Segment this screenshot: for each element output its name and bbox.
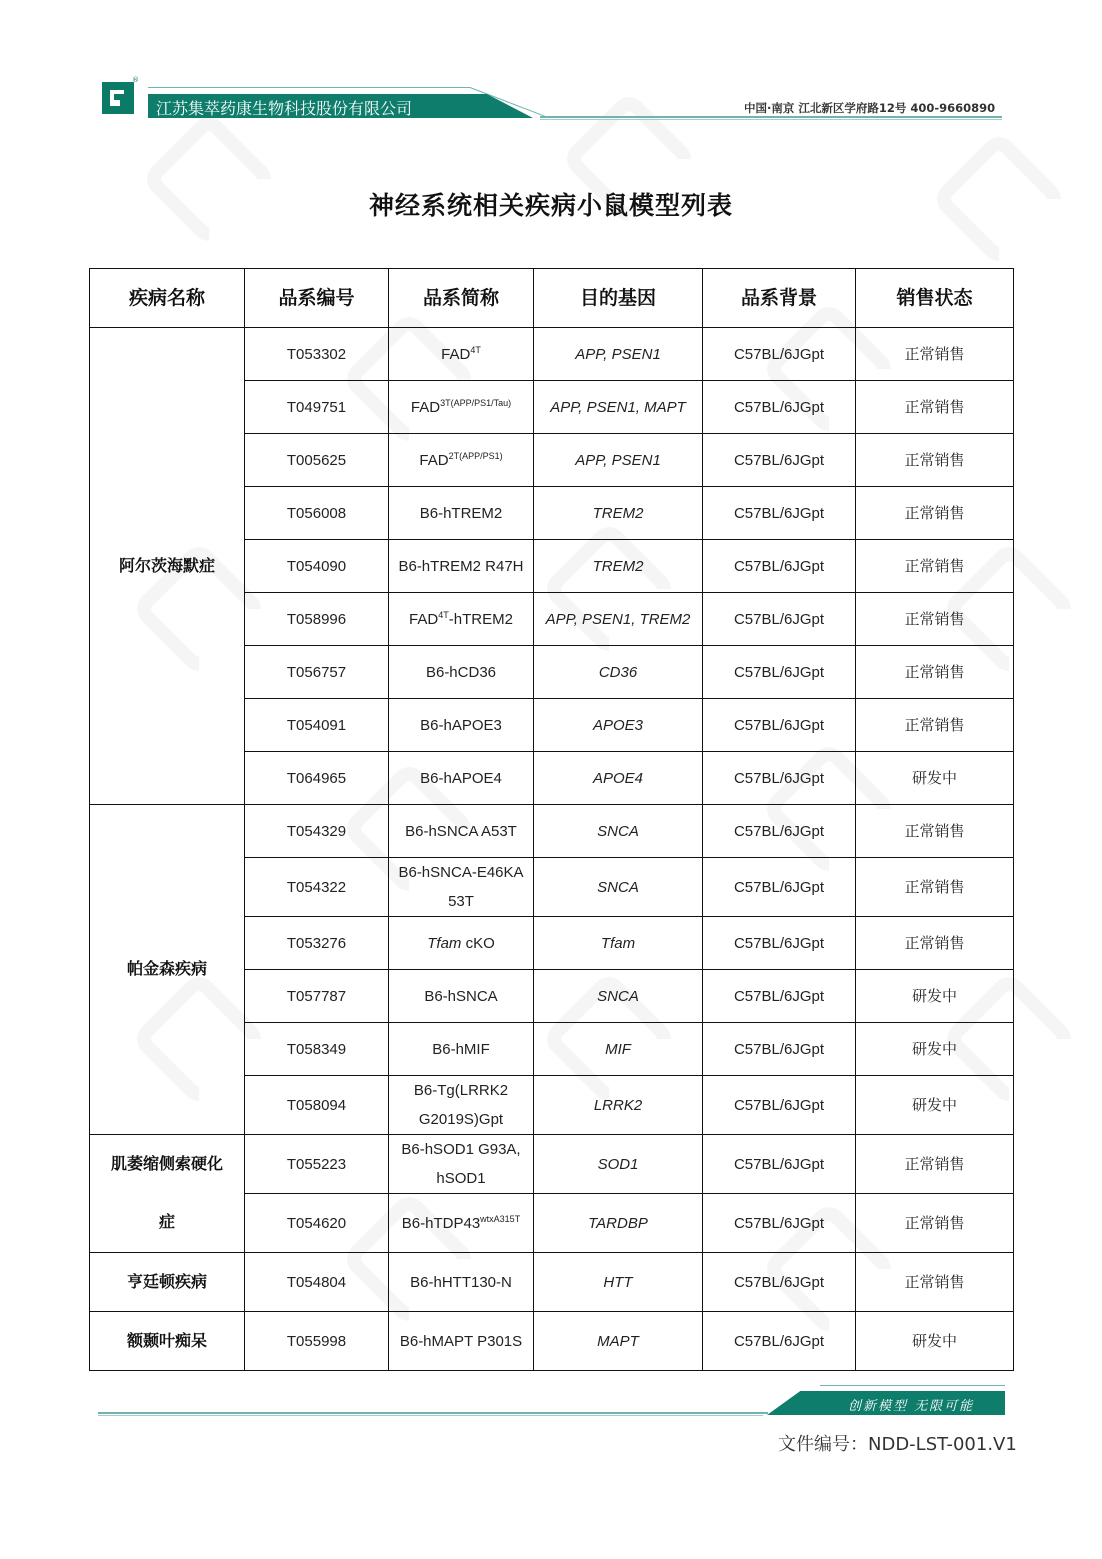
strain-name: B6-hHTT130-N	[389, 1253, 534, 1312]
strain-background: C57BL/6JGpt	[703, 1023, 856, 1076]
target-gene: APP, PSEN1, TREM2	[534, 593, 703, 646]
strain-id: T053302	[245, 328, 389, 381]
sales-status: 正常销售	[856, 328, 1014, 381]
page-header: ® 江苏集萃药康生物科技股份有限公司 中国·南京 江北新区学府路12号 400-…	[0, 0, 1102, 140]
target-gene: APP, PSEN1, MAPT	[534, 381, 703, 434]
strain-name: FAD2T(APP/PS1)	[389, 434, 534, 487]
strain-name: B6-hSNCA	[389, 970, 534, 1023]
strain-background: C57BL/6JGpt	[703, 917, 856, 970]
column-header-target-gene: 目的基因	[534, 269, 703, 328]
strain-background: C57BL/6JGpt	[703, 593, 856, 646]
header-rule	[540, 119, 1002, 120]
strain-id: T058996	[245, 593, 389, 646]
strain-id: T054091	[245, 699, 389, 752]
target-gene: APOE4	[534, 752, 703, 805]
strain-name: B6-hSNCA A53T	[389, 805, 534, 858]
strain-background: C57BL/6JGpt	[703, 1253, 856, 1312]
strain-name: B6-hMAPT P301S	[389, 1312, 534, 1371]
target-gene: APP, PSEN1	[534, 434, 703, 487]
footer-rule	[820, 1385, 1005, 1386]
strain-name: B6-hTDP43wtxA315T	[389, 1194, 534, 1253]
table-header-row: 疾病名称 品系编号 品系简称 目的基因 品系背景 销售状态	[90, 269, 1014, 328]
strain-id: T056008	[245, 487, 389, 540]
sales-status: 研发中	[856, 1076, 1014, 1135]
strain-background: C57BL/6JGpt	[703, 858, 856, 917]
strain-background: C57BL/6JGpt	[703, 646, 856, 699]
target-gene: TREM2	[534, 540, 703, 593]
company-name: 江苏集萃药康生物科技股份有限公司	[156, 96, 412, 119]
strain-background: C57BL/6JGpt	[703, 699, 856, 752]
table-row: 亨廷顿疾病 T054804 B6-hHTT130-N HTT C57BL/6JG…	[90, 1253, 1014, 1312]
strain-background: C57BL/6JGpt	[703, 970, 856, 1023]
document-number: 文件编号：NDD-LST-001.V1	[778, 1430, 1017, 1456]
sales-status: 研发中	[856, 1312, 1014, 1371]
sales-status: 正常销售	[856, 540, 1014, 593]
strain-background: C57BL/6JGpt	[703, 1194, 856, 1253]
strain-id: T049751	[245, 381, 389, 434]
strain-id: T054090	[245, 540, 389, 593]
strain-name: B6-hTREM2 R47H	[389, 540, 534, 593]
strain-background: C57BL/6JGpt	[703, 434, 856, 487]
strain-id: T056757	[245, 646, 389, 699]
disease-cell: 肌萎缩侧索硬化症	[90, 1135, 245, 1253]
strain-id: T053276	[245, 917, 389, 970]
strain-name: B6-hCD36	[389, 646, 534, 699]
target-gene: SOD1	[534, 1135, 703, 1194]
strain-name: B6-hSNCA-E46KA53T	[389, 858, 534, 917]
sales-status: 正常销售	[856, 646, 1014, 699]
company-slogan: 创新模型 无限可能	[848, 1395, 974, 1414]
target-gene: CD36	[534, 646, 703, 699]
column-header-strain-id: 品系编号	[245, 269, 389, 328]
table-row: 额颞叶痴呆 T055998 B6-hMAPT P301S MAPT C57BL/…	[90, 1312, 1014, 1371]
column-header-background: 品系背景	[703, 269, 856, 328]
strain-name: B6-hSOD1 G93A,hSOD1	[389, 1135, 534, 1194]
strain-name: Tfam cKO	[389, 917, 534, 970]
strain-background: C57BL/6JGpt	[703, 1076, 856, 1135]
sales-status: 研发中	[856, 1023, 1014, 1076]
strain-id: T054620	[245, 1194, 389, 1253]
sales-status: 研发中	[856, 752, 1014, 805]
disease-cell: 额颞叶痴呆	[90, 1312, 245, 1371]
strain-background: C57BL/6JGpt	[703, 752, 856, 805]
strain-name: B6-hMIF	[389, 1023, 534, 1076]
target-gene: TREM2	[534, 487, 703, 540]
strain-id: T054804	[245, 1253, 389, 1312]
registered-mark: ®	[132, 76, 139, 84]
strain-background: C57BL/6JGpt	[703, 1135, 856, 1194]
strain-id: T055998	[245, 1312, 389, 1371]
table-row: 肌萎缩侧索硬化症 T055223 B6-hSOD1 G93A,hSOD1 SOD…	[90, 1135, 1014, 1194]
sales-status: 研发中	[856, 970, 1014, 1023]
sales-status: 正常销售	[856, 487, 1014, 540]
target-gene: SNCA	[534, 858, 703, 917]
strain-id: T058349	[245, 1023, 389, 1076]
strain-name: FAD4T-hTREM2	[389, 593, 534, 646]
sales-status: 正常销售	[856, 917, 1014, 970]
column-header-disease: 疾病名称	[90, 269, 245, 328]
target-gene: APP, PSEN1	[534, 328, 703, 381]
sales-status: 正常销售	[856, 434, 1014, 487]
sales-status: 正常销售	[856, 805, 1014, 858]
company-logo-icon	[98, 78, 138, 118]
footer-rule	[98, 1412, 768, 1414]
sales-status: 正常销售	[856, 1253, 1014, 1312]
sales-status: 正常销售	[856, 1194, 1014, 1253]
strain-id: T005625	[245, 434, 389, 487]
table-row: 帕金森疾病 T054329 B6-hSNCA A53T SNCA C57BL/6…	[90, 805, 1014, 858]
target-gene: MAPT	[534, 1312, 703, 1371]
strain-name: B6-hAPOE4	[389, 752, 534, 805]
sales-status: 正常销售	[856, 1135, 1014, 1194]
table-row: 阿尔茨海默症 T053302 FAD4T APP, PSEN1 C57BL/6J…	[90, 328, 1014, 381]
disease-cell: 阿尔茨海默症	[90, 328, 245, 805]
disease-cell: 亨廷顿疾病	[90, 1253, 245, 1312]
target-gene: SNCA	[534, 805, 703, 858]
mouse-model-table: 疾病名称 品系编号 品系简称 目的基因 品系背景 销售状态 阿尔茨海默症 T05…	[89, 268, 1014, 1371]
address-phone: 中国·南京 江北新区学府路12号 400-9660890	[744, 100, 995, 116]
strain-id: T055223	[245, 1135, 389, 1194]
strain-id: T058094	[245, 1076, 389, 1135]
column-header-strain-name: 品系简称	[389, 269, 534, 328]
header-rule	[540, 116, 1002, 118]
strain-name: FAD4T	[389, 328, 534, 381]
strain-background: C57BL/6JGpt	[703, 381, 856, 434]
sales-status: 正常销售	[856, 699, 1014, 752]
strain-id: T057787	[245, 970, 389, 1023]
strain-name: B6-hAPOE3	[389, 699, 534, 752]
target-gene: LRRK2	[534, 1076, 703, 1135]
target-gene: MIF	[534, 1023, 703, 1076]
sales-status: 正常销售	[856, 593, 1014, 646]
target-gene: Tfam	[534, 917, 703, 970]
footer-rule	[98, 1415, 763, 1416]
disease-cell: 帕金森疾病	[90, 805, 245, 1135]
target-gene: TARDBP	[534, 1194, 703, 1253]
strain-background: C57BL/6JGpt	[703, 328, 856, 381]
strain-name: B6-Tg(LRRK2G2019S)Gpt	[389, 1076, 534, 1135]
strain-background: C57BL/6JGpt	[703, 1312, 856, 1371]
target-gene: APOE3	[534, 699, 703, 752]
strain-id: T064965	[245, 752, 389, 805]
sales-status: 正常销售	[856, 858, 1014, 917]
strain-id: T054329	[245, 805, 389, 858]
strain-background: C57BL/6JGpt	[703, 487, 856, 540]
column-header-status: 销售状态	[856, 269, 1014, 328]
strain-name: B6-hTREM2	[389, 487, 534, 540]
strain-background: C57BL/6JGpt	[703, 540, 856, 593]
page-title: 神经系统相关疾病小鼠模型列表	[0, 186, 1102, 222]
strain-name: FAD3T(APP/PS1/Tau)	[389, 381, 534, 434]
target-gene: SNCA	[534, 970, 703, 1023]
target-gene: HTT	[534, 1253, 703, 1312]
strain-background: C57BL/6JGpt	[703, 805, 856, 858]
strain-id: T054322	[245, 858, 389, 917]
header-rule	[148, 87, 470, 88]
sales-status: 正常销售	[856, 381, 1014, 434]
